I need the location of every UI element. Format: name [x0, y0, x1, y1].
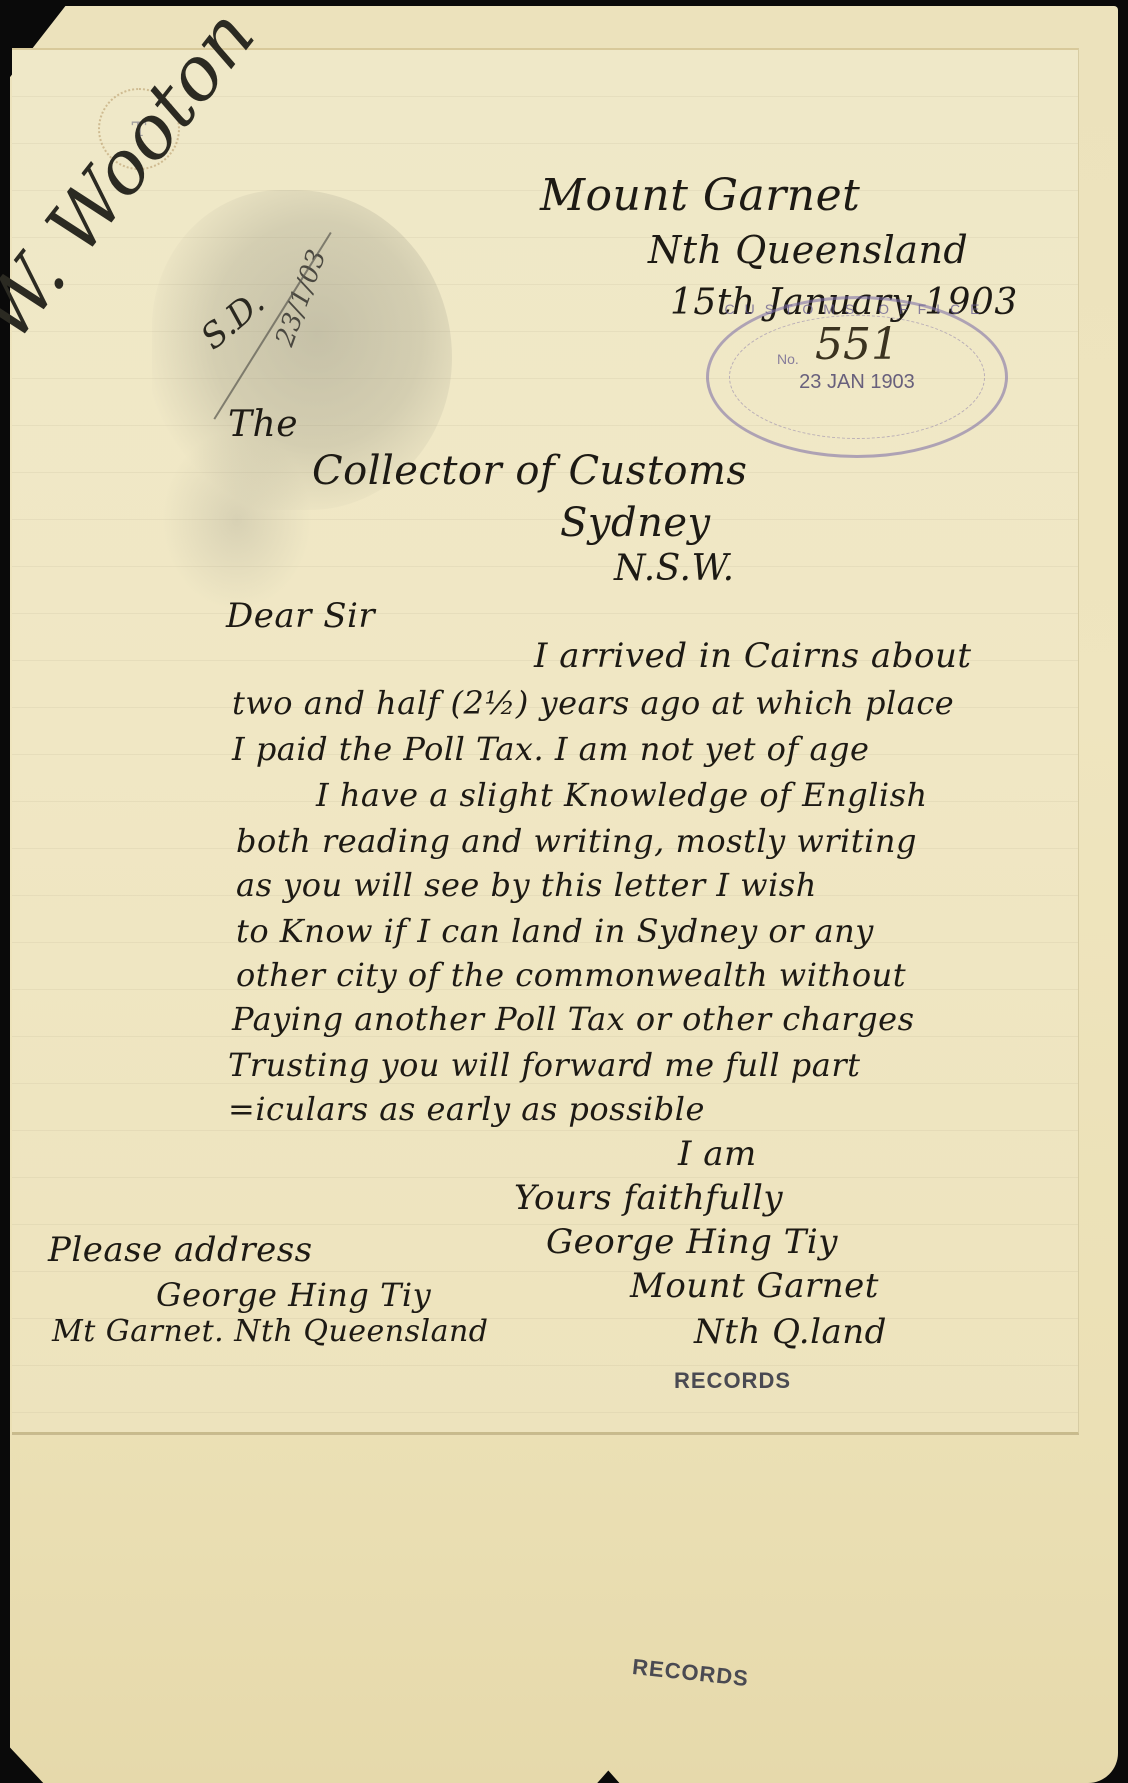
stamp-date: 23 JAN 1903: [709, 371, 1005, 394]
water-stain: [162, 430, 312, 610]
signature: George Hing Tiy: [546, 1222, 838, 1262]
signature-region: Nth Q.land: [694, 1312, 887, 1352]
stamp-office-text: CUSTOMS OFFICE: [709, 301, 1005, 317]
closing-i-am: I am: [678, 1134, 757, 1174]
stamp-number: 551: [815, 319, 899, 370]
recipient-state: N.S.W.: [614, 548, 735, 589]
body-line: Paying another Poll Tax or other charges: [232, 1000, 915, 1038]
body-line: I paid the Poll Tax. I am not yet of age: [232, 730, 869, 768]
header-region: Nth Queensland: [648, 228, 968, 272]
body-line: both reading and writing, mostly writing: [236, 822, 917, 860]
body-line: =iculars as early as possible: [228, 1090, 705, 1128]
recipient-title: Collector of Customs: [312, 448, 747, 494]
customs-received-stamp: CUSTOMS OFFICE No. 551 23 JAN 1903: [706, 296, 1008, 458]
recipient-prefix: The: [228, 404, 298, 445]
closing-yours-faithfully: Yours faithfully: [514, 1178, 783, 1218]
body-line: as you will see by this letter I wish: [236, 866, 817, 904]
body-line: to Know if I can land in Sydney or any: [236, 912, 874, 950]
records-stamp: RECORDS: [674, 1368, 791, 1394]
greeting: Dear Sir: [226, 596, 375, 636]
return-address-name: George Hing Tiy: [156, 1276, 431, 1314]
return-address-label: Please address: [48, 1230, 313, 1270]
signature-place: Mount Garnet: [630, 1266, 879, 1306]
body-line: I arrived in Cairns about: [534, 636, 972, 676]
stamp-number-label: No.: [777, 351, 799, 367]
body-line: other city of the commonwealth without: [236, 956, 906, 994]
recipient-city: Sydney: [560, 500, 711, 546]
body-line: I have a slight Knowledge of English: [316, 776, 928, 814]
header-place: Mount Garnet: [540, 170, 860, 221]
body-line: two and half (2½) years ago at which pla…: [232, 684, 954, 722]
return-address-line: Mt Garnet. Nth Queensland: [52, 1314, 489, 1349]
body-line: Trusting you will forward me full part: [228, 1046, 861, 1084]
